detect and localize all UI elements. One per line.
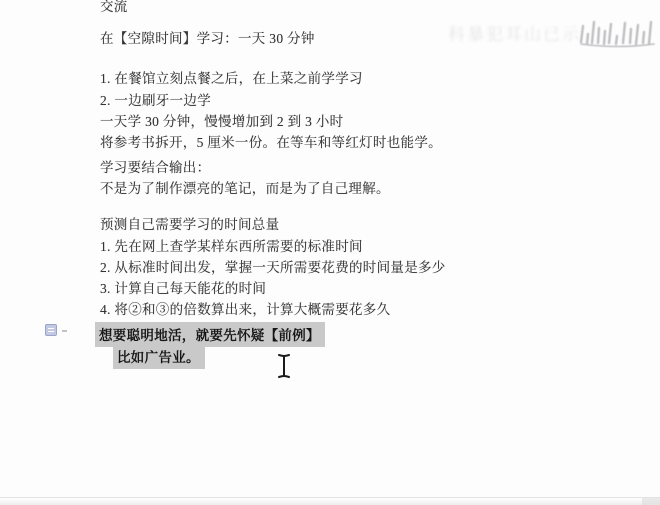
doc-line-output-2[interactable]: 不是为了制作漂亮的笔记，而是为了自己理解。	[100, 177, 390, 197]
doc-line-tip-2[interactable]: 2. 一边刷牙一边学	[100, 89, 211, 109]
highlighted-text-line-2[interactable]: 比如广告业。	[113, 344, 205, 369]
doc-line-tip-1[interactable]: 1. 在餐馆立刻点餐之后，在上菜之前学学习	[100, 67, 363, 87]
document-page: 交流 在【空隙时间】学习：一天 30 分钟 1. 在餐馆立刻点餐之后，在上菜之前…	[0, 0, 660, 505]
watermark-signature-scribble	[578, 16, 658, 56]
doc-line-estimate-title[interactable]: 预测自己需要学习的时间总量	[100, 213, 279, 233]
text-ibeam-cursor	[276, 353, 292, 379]
doc-line-heading[interactable]: 交流	[100, 0, 128, 15]
doc-line-estimate-1[interactable]: 1. 先在网上查学某样东西所需要的标准时间	[100, 235, 363, 255]
corner-smudge	[642, 498, 660, 505]
doc-line-tip-4[interactable]: 将参考书拆开，5 厘米一份。在等车和等红灯时也能学。	[100, 131, 442, 151]
margin-collapse-handle[interactable]	[62, 330, 67, 332]
doc-line-output-1[interactable]: 学习要结合输出：	[100, 156, 210, 176]
doc-line-tip-3[interactable]: 一天学 30 分钟，慢慢增加到 2 到 3 小时	[100, 110, 343, 130]
video-watermark-text: 科暴犯耳山已示	[448, 20, 581, 45]
doc-line-estimate-2[interactable]: 2. 从标准时间出发，掌握一天所需要花费的时间量是多少	[100, 256, 446, 276]
doc-line-estimate-3[interactable]: 3. 计算自己每天能花的时间	[100, 277, 266, 297]
doc-line-estimate-4[interactable]: 4. 将②和③的倍数算出来，计算大概需要花多久	[100, 298, 390, 318]
page-bottom-edge	[0, 497, 660, 505]
doc-line-intro[interactable]: 在【空隙时间】学习：一天 30 分钟	[100, 27, 315, 47]
margin-note-icon[interactable]	[45, 324, 57, 336]
